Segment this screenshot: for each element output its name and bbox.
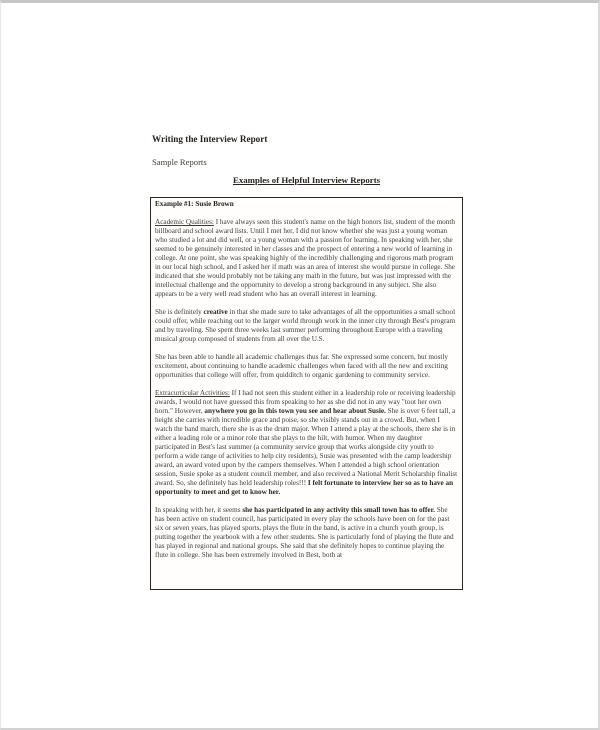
emphasis-run: anywhere you go in this town you see and… [204,407,385,415]
text-run: She has been able to handle all academic… [155,353,448,379]
example-label: Example #1: Susie Brown [155,200,458,209]
paragraph: Academic Qualities: I have always seen t… [155,218,458,299]
paragraph: She is definitely creative in that she m… [155,308,458,344]
paragraph: Extracurricular Activities: If I had not… [155,389,458,497]
paragraph: She has been able to handle all academic… [155,353,458,380]
emphasis-run: she has participated in any activity thi… [242,506,435,514]
page-subtitle: Sample Reports [152,157,207,167]
text-run: I have always seen this student's name o… [155,218,455,298]
text-run: In speaking with her, it seems [155,506,242,514]
section-label-run: Extracurricular Activities: [155,389,230,397]
text-run: She is over 6 feet tall, a height she ca… [155,407,457,487]
example-box: Example #1: Susie Brown Academic Qualiti… [150,197,463,590]
section-heading: Examples of Helpful Interview Reports [150,175,463,185]
section-label-run: Academic Qualities: [155,218,214,226]
emphasis-run: creative [204,308,228,316]
example-paragraphs: Academic Qualities: I have always seen t… [155,218,458,560]
text-run: She is definitely [155,308,204,316]
page-title: Writing the Interview Report [152,134,267,144]
paragraph: In speaking with her, it seems she has p… [155,506,458,560]
